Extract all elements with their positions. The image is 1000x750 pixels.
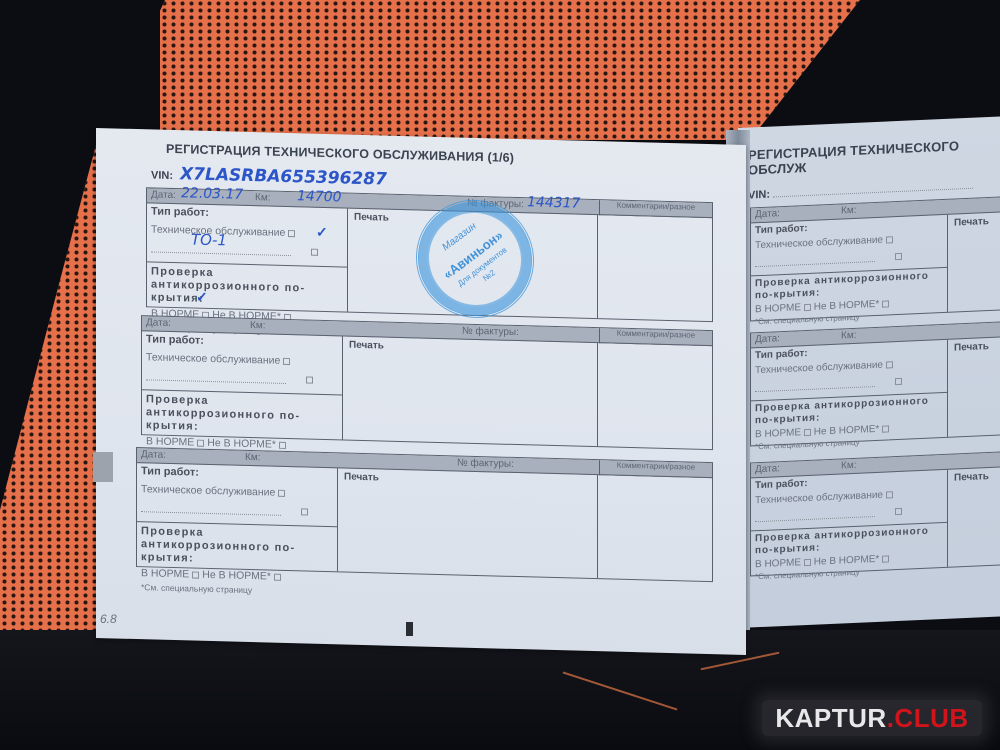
work-type-cell: Тип работ: Техническое обслуживание Пров… (751, 215, 948, 321)
print-label: Печать (954, 341, 989, 354)
date-label: Дата: (755, 208, 780, 220)
footnote: *См. специальную страницу (141, 582, 333, 597)
print-label: Печать (344, 471, 379, 483)
comment-header: Комментарии/разное (599, 200, 712, 218)
work-type-section: Тип работ: Техническое обслуживание (751, 215, 947, 277)
other-work-field[interactable] (146, 379, 286, 384)
print-label: Печать (954, 216, 989, 229)
anticorrosion-options: В НОРМЕ Не В НОРМЕ* (141, 567, 333, 584)
not-ok-checkbox[interactable] (882, 300, 889, 307)
ok-label: В НОРМЕ (141, 567, 189, 580)
not-ok-checkbox[interactable] (882, 555, 889, 562)
work-type-cell: Тип работ: Техническое обслуживание Пров… (751, 340, 948, 446)
work-type-label: Тип работ: (141, 465, 333, 482)
date-label: Дата: (151, 189, 176, 201)
anticorrosion-section: Проверка антикоррозионного по-крытия: В … (751, 268, 947, 329)
right-service-entry: Дата: Км: Тип работ: Техническое обслужи… (750, 196, 1000, 322)
ok-checkmark-icon: ✓ (196, 289, 208, 306)
vin-label: VIN: (151, 169, 173, 182)
not-ok-checkbox[interactable] (274, 573, 281, 580)
orange-mesh-seat-fabric (160, 0, 860, 140)
anticorrosion-section: Проверка антикоррозионного по-крытия: В … (751, 393, 947, 454)
service-entry: Дата: Км: № фактуры: Комментарии/разное … (136, 447, 713, 582)
date-label: Дата: (146, 317, 171, 329)
anticorrosion-label: Проверка антикоррозионного по-крытия: (146, 393, 338, 437)
other-work-option[interactable] (141, 499, 333, 522)
work-type-label: Тип работ: (151, 205, 343, 222)
ok-label: В НОРМЕ (755, 557, 801, 570)
km-label: Км: (841, 205, 856, 217)
km-value[interactable]: 14700 (297, 188, 342, 205)
not-ok-label: Не В НОРМЕ* (814, 299, 879, 313)
print-label: Печать (349, 340, 384, 352)
date-label: Дата: (755, 333, 780, 345)
anticorrosion-section: Проверка антикоррозионного по-крытия: В … (137, 522, 337, 600)
other-work-checkbox[interactable] (895, 253, 902, 260)
work-type-cell: Тип работ: Техническое обслуживание ТО-1… (147, 203, 348, 311)
other-work-field[interactable] (141, 511, 281, 516)
maintenance-label: Техническое обслуживание (146, 351, 280, 367)
maintenance-option[interactable]: Техническое обслуживание (141, 483, 333, 500)
km-label: Км: (841, 460, 856, 472)
other-work-field[interactable] (755, 386, 875, 392)
orange-mesh-seat-fabric-left (0, 130, 110, 650)
maintenance-checkbox[interactable] (886, 236, 893, 243)
km-label: Км: (245, 452, 260, 463)
other-work-option[interactable] (146, 367, 338, 390)
vin-label: VIN: (748, 189, 770, 202)
work-type-section: Тип работ: Техническое обслуживание (751, 470, 947, 532)
watermark-club: .CLUB (887, 703, 969, 733)
work-type-label: Тип работ: (146, 333, 338, 350)
anticorrosion-label: Проверка антикоррозионного по-крытия: (141, 525, 333, 569)
other-work-checkbox[interactable] (301, 509, 308, 516)
print-label: Печать (354, 212, 389, 224)
watermark-kaptur: KAPTUR (775, 703, 886, 733)
maintenance-checkbox[interactable] (886, 491, 893, 498)
print-cell: Печать (948, 467, 1000, 567)
not-ok-checkbox[interactable] (882, 425, 889, 432)
comment-header: Комментарии/разное (599, 460, 712, 478)
km-label: Км: (841, 330, 856, 342)
ok-checkbox[interactable] (197, 439, 204, 446)
ok-checkbox[interactable] (804, 429, 811, 436)
comment-header: Комментарии/разное (599, 328, 712, 346)
print-cell: Печать (343, 336, 598, 446)
ok-checkbox[interactable] (804, 304, 811, 311)
ok-checkbox[interactable] (804, 559, 811, 566)
maintenance-option[interactable]: Техническое обслуживание (146, 351, 338, 368)
service-entry: Дата: Км: № фактуры: Комментарии/разное … (141, 315, 713, 450)
date-value[interactable]: 22.03.17 (181, 185, 243, 203)
right-service-entry: Дата: Км: Тип работ: Техническое обслужи… (750, 321, 1000, 447)
anticorrosion-label: Проверка антикоррозионного по-крытия: (151, 265, 343, 309)
invoice-value[interactable]: 144317 (527, 194, 580, 211)
maintenance-checkbox[interactable] (278, 489, 285, 496)
km-label: Км: (250, 320, 265, 331)
maintenance-checkbox[interactable] (283, 358, 290, 365)
maintenance-checkmark-icon: ✓ (316, 224, 328, 241)
maintenance-option[interactable]: Техническое обслуживание (151, 223, 343, 240)
vin-field (773, 188, 973, 198)
anticorrosion-section: Проверка антикоррозионного по-крытия: В … (751, 523, 947, 584)
other-work-field[interactable] (755, 261, 875, 267)
print-cell: Печать (948, 337, 1000, 437)
right-page-title: РЕГИСТРАЦИЯ ТЕХНИЧЕСКОГО ОБСЛУЖ (748, 136, 1000, 177)
work-type-section: Тип работ: Техническое обслуживание (137, 463, 337, 527)
invoice-label: № фактуры: (462, 326, 519, 338)
not-ok-label: Не В НОРМЕ* (202, 569, 271, 583)
other-work-value: ТО-1 (191, 230, 227, 249)
other-work-checkbox[interactable] (306, 377, 313, 384)
date-label: Дата: (755, 463, 780, 475)
page-title: РЕГИСТРАЦИЯ ТЕХНИЧЕСКОГО ОБСЛУЖИВАНИЯ (1… (166, 142, 514, 165)
right-page: РЕГИСТРАЦИЯ ТЕХНИЧЕСКОГО ОБСЛУЖ VIN: Дат… (738, 116, 1000, 628)
not-ok-label: Не В НОРМЕ* (814, 554, 879, 568)
date-label: Дата: (141, 449, 166, 461)
km-label: Км: (255, 192, 270, 203)
work-type-section: Тип работ: Техническое обслуживание (751, 340, 947, 402)
other-work-checkbox[interactable] (895, 378, 902, 385)
not-ok-checkbox[interactable] (279, 442, 286, 449)
other-work-field[interactable] (755, 516, 875, 522)
ok-label: В НОРМЕ (755, 302, 801, 315)
ok-checkbox[interactable] (192, 571, 199, 578)
other-work-checkbox[interactable] (311, 249, 318, 256)
ok-label: В НОРМЕ (755, 427, 801, 440)
print-label: Печать (954, 471, 989, 484)
maintenance-checkbox[interactable] (886, 361, 893, 368)
bookmark-ribbon (406, 622, 413, 636)
other-work-checkbox[interactable] (895, 508, 902, 515)
other-work-field[interactable] (151, 251, 291, 256)
left-page: РЕГИСТРАЦИЯ ТЕХНИЧЕСКОГО ОБСЛУЖИВАНИЯ (1… (96, 128, 746, 655)
invoice-label: № фактуры: (457, 457, 514, 469)
work-type-cell: Тип работ: Техническое обслуживание Пров… (142, 331, 343, 439)
right-service-entry: Дата: Км: Тип работ: Техническое обслужи… (750, 451, 1000, 577)
page-number: 6.8 (100, 612, 117, 626)
print-cell: Печать (338, 468, 598, 578)
work-type-section: Тип работ: Техническое обслуживание (142, 331, 342, 395)
maintenance-checkbox[interactable] (288, 230, 295, 237)
site-watermark: KAPTUR.CLUB (762, 700, 982, 736)
work-type-cell: Тип работ: Техническое обслуживание Пров… (751, 470, 948, 576)
page-tab-marker (93, 452, 113, 482)
print-cell: Печать (948, 212, 1000, 312)
work-type-cell: Тип работ: Техническое обслуживание Пров… (137, 463, 338, 571)
other-work-option[interactable]: ТО-1 (151, 239, 343, 262)
not-ok-label: Не В НОРМЕ* (814, 424, 879, 438)
maintenance-label: Техническое обслуживание (141, 483, 275, 499)
